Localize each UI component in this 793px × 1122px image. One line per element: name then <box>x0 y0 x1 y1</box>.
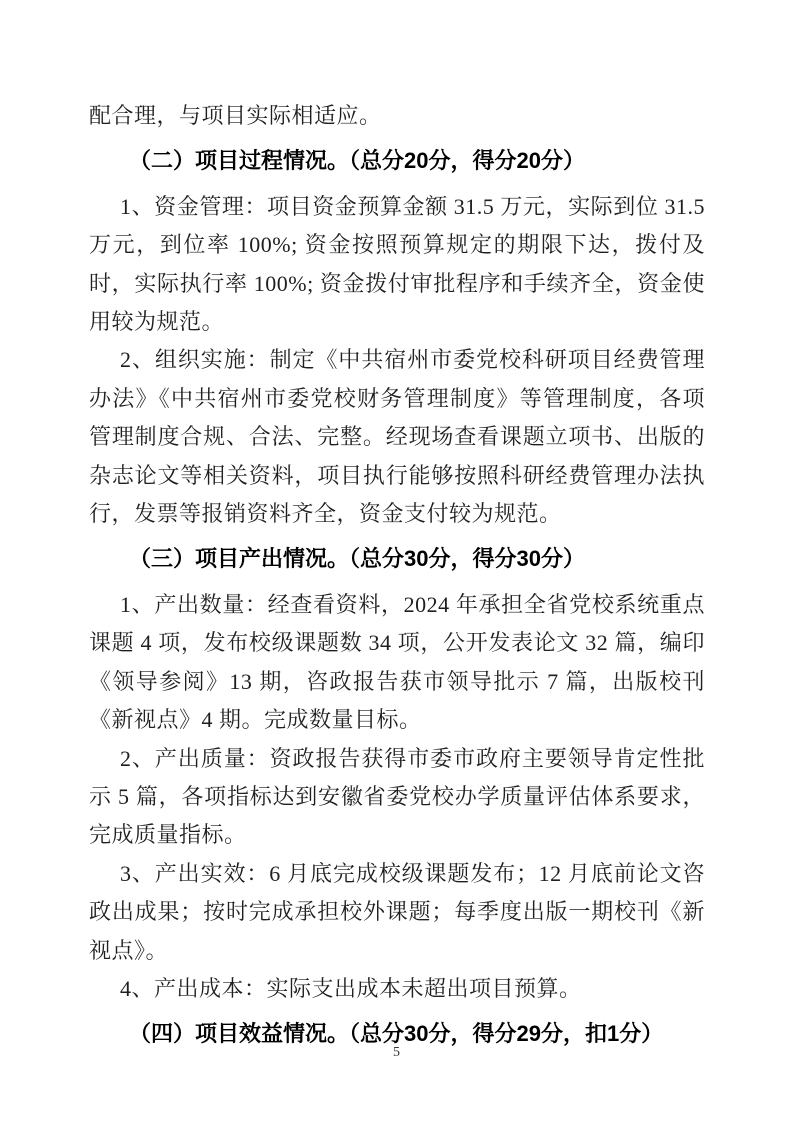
section-heading-3-title: （三）项目产出情况。 <box>129 546 349 571</box>
section-heading-2-score: （总分20分，得分20分） <box>349 148 585 173</box>
paragraph-output-cost: 4、产出成本：实际支出成本未超出项目预算。 <box>89 970 705 1008</box>
paragraph-fund-management: 1、资金管理：项目资金预算金额 31.5 万元，实际到位 31.5 万元，到位率… <box>89 188 705 342</box>
section-heading-4-score: （总分30分，得分29分，扣1分） <box>349 1021 663 1046</box>
document-page: 配合理，与项目实际相适应。 （二）项目过程情况。（总分20分，得分20分） 1、… <box>0 0 793 1122</box>
document-body: 配合理，与项目实际相适应。 （二）项目过程情况。（总分20分，得分20分） 1、… <box>89 0 705 1061</box>
paragraph-organization-implementation: 2、组织实施：制定《中共宿州市委党校科研项目经费管理办法》《中共宿州市委党校财务… <box>89 341 705 533</box>
section-heading-2-title: （二）项目过程情况。 <box>129 148 349 173</box>
section-heading-4-title: （四）项目效益情况。 <box>129 1021 349 1046</box>
section-heading-3-score: （总分30分，得分30分） <box>349 546 585 571</box>
paragraph-continuation: 配合理，与项目实际相适应。 <box>89 97 705 135</box>
paragraph-output-effectiveness: 3、产出实效：6 月底完成校级课题发布；12 月底前论文咨政出成果；按时完成承担… <box>89 855 705 970</box>
section-heading-2: （二）项目过程情况。（总分20分，得分20分） <box>89 142 705 180</box>
page-number: 5 <box>0 1045 793 1061</box>
section-heading-3: （三）项目产出情况。（总分30分，得分30分） <box>89 540 705 578</box>
paragraph-output-quantity: 1、产出数量：经查看资料，2024 年承担全省党校系统重点课题 4 项，发布校级… <box>89 586 705 740</box>
paragraph-output-quality: 2、产出质量：资政报告获得市委市政府主要领导肯定性批示 5 篇，各项指标达到安徽… <box>89 740 705 855</box>
